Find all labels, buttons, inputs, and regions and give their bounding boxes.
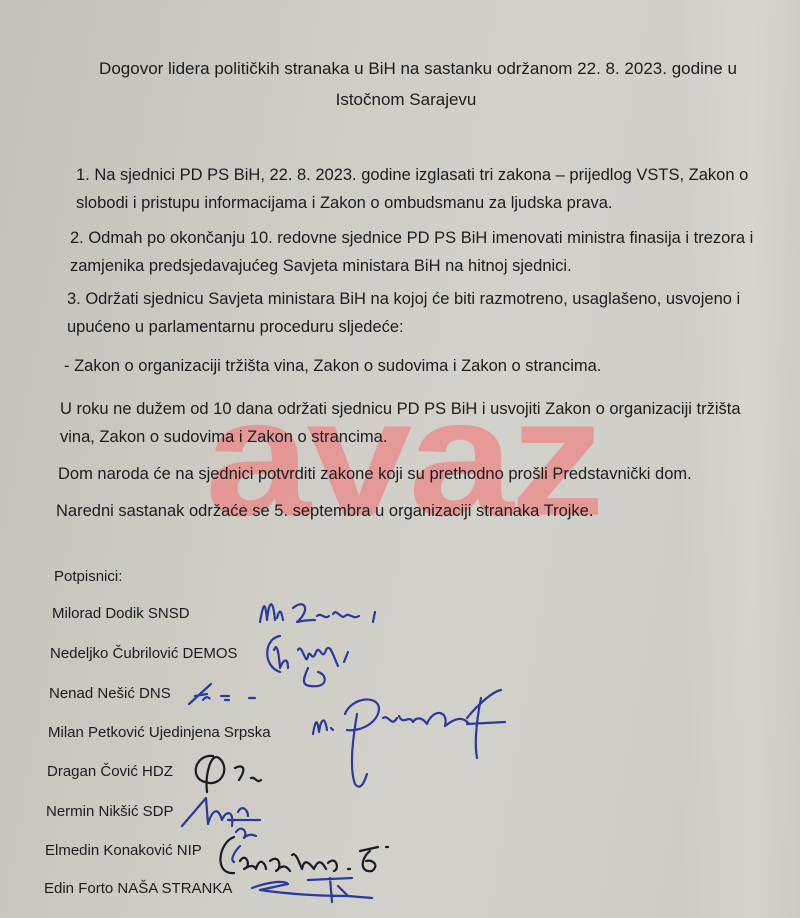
signatory-cubrilovic: Nedeljko Čubrilović DEMOS bbox=[50, 645, 238, 662]
item-2-line-2: zamjenika predsjedavajućeg Savjeta minis… bbox=[70, 252, 753, 280]
item-1-line-1: 1. Na sjednici PD PS BiH, 22. 8. 2023. g… bbox=[76, 161, 748, 189]
signatory-niksic: Nermin Nikšić SDP bbox=[46, 803, 174, 820]
signatory-forto: Edin Forto NAŠA STRANKA bbox=[44, 880, 232, 897]
next-meeting-paragraph: Naredni sastanak održaće se 5. septembra… bbox=[56, 497, 593, 525]
signature-nesic bbox=[185, 680, 295, 710]
signatory-dodik: Milorad Dodik SNSD bbox=[52, 605, 190, 622]
next-meeting-line: Naredni sastanak održaće se 5. septembra… bbox=[56, 497, 593, 525]
signatory-nesic: Nenad Nešić DNS bbox=[49, 685, 171, 702]
laws-list: - Zakon o organizaciji tržišta vina, Zak… bbox=[64, 352, 601, 380]
item-2-line-1: 2. Odmah po okončanju 10. redovne sjedni… bbox=[70, 224, 753, 252]
item-1: 1. Na sjednici PD PS BiH, 22. 8. 2023. g… bbox=[76, 161, 748, 217]
signatory-petkovic: Milan Petković Ujedinjena Srpska bbox=[48, 724, 271, 741]
signature-forto bbox=[248, 870, 388, 910]
document-title: Dogovor lidera političkih stranaka u BiH… bbox=[18, 59, 800, 79]
dom-naroda-paragraph: Dom naroda će na sjednici potvrditi zako… bbox=[58, 460, 692, 488]
item-3-line-2: upućeno u parlamentarnu proceduru sljede… bbox=[67, 313, 740, 341]
deadline-paragraph: U roku ne dužem od 10 dana održati sjedn… bbox=[60, 395, 741, 451]
deadline-line-1: U roku ne dužem od 10 dana održati sjedn… bbox=[60, 395, 741, 423]
signatory-covic: Dragan Čović HDZ bbox=[47, 763, 173, 780]
item-3-line-1: 3. Održati sjednicu Savjeta ministara Bi… bbox=[67, 285, 740, 313]
document-page: avaz Dogovor lidera političkih stranaka … bbox=[0, 0, 800, 918]
document-title-location: Istočnom Sarajevu bbox=[6, 90, 800, 110]
signature-petkovic bbox=[305, 688, 520, 798]
dom-naroda-line: Dom naroda će na sjednici potvrditi zako… bbox=[58, 460, 692, 488]
item-2: 2. Odmah po okončanju 10. redovne sjedni… bbox=[70, 224, 753, 280]
paper-shading bbox=[680, 0, 800, 918]
item-3: 3. Održati sjednicu Savjeta ministara Bi… bbox=[67, 285, 740, 341]
deadline-line-2: vina, Zakon o sudovima i Zakon o stranci… bbox=[60, 423, 741, 451]
item-1-line-2: slobodi i pristupu informacijama i Zakon… bbox=[76, 189, 748, 217]
signatories-heading: Potpisnici: bbox=[54, 568, 122, 585]
laws-list-line: - Zakon o organizaciji tržišta vina, Zak… bbox=[64, 352, 601, 380]
